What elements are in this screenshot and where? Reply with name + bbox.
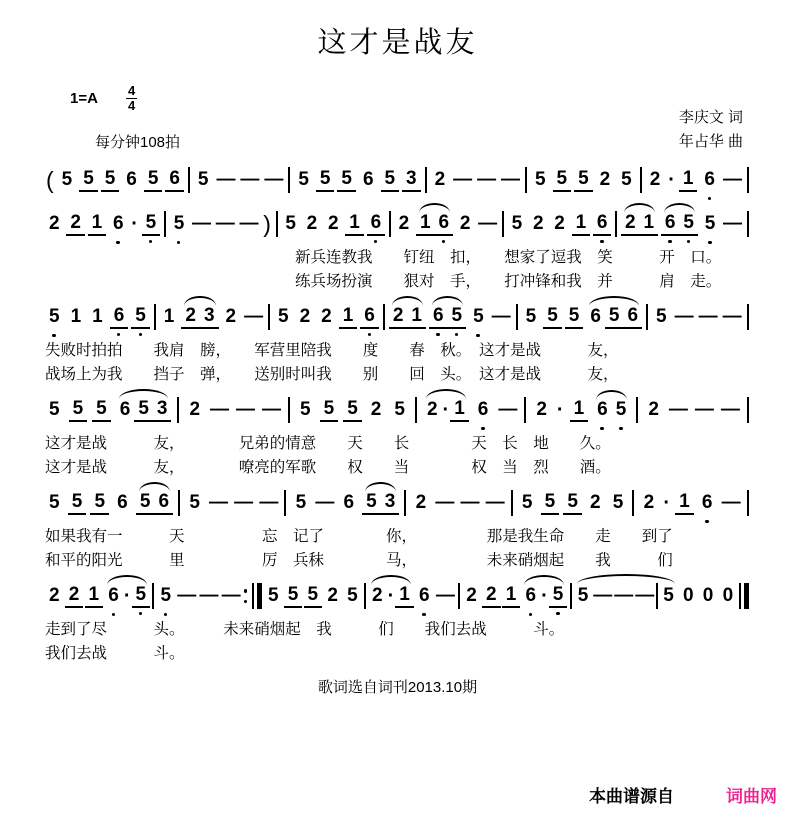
dash: —: [234, 492, 253, 514]
note: 3: [382, 491, 399, 513]
low-octave-dot: [705, 520, 709, 524]
dash: —: [695, 399, 714, 421]
barline: [636, 397, 638, 423]
beam-group: 6: [110, 305, 129, 329]
barline: [268, 304, 270, 330]
note: 1: [396, 584, 413, 606]
barline: [389, 211, 391, 237]
dash: —: [210, 399, 229, 421]
note: 5: [542, 491, 559, 513]
dash: —: [264, 169, 283, 191]
note: 1: [571, 398, 588, 420]
source-site-link[interactable]: 词曲网: [726, 782, 777, 807]
barline: [747, 167, 749, 193]
dash: —: [460, 492, 479, 514]
slur-group: 656: [586, 305, 642, 329]
beam-group: 56: [136, 491, 173, 515]
lyrics-line: 失败时拍拍 我肩 膀， 军营里陪我 度 春 秋。 这才是战 友，: [45, 340, 750, 361]
note: 2: [325, 213, 342, 235]
dash: —: [478, 213, 497, 235]
dash: —: [477, 169, 496, 191]
time-signature: 4 4: [126, 84, 137, 114]
music-line: 5556532———555252·16—2·1652———: [45, 388, 750, 432]
beam-group: 5: [284, 584, 303, 608]
beam-group: 5: [79, 168, 98, 192]
low-octave-dot: [708, 197, 712, 201]
beam-group: 5: [381, 168, 400, 192]
note: 5: [295, 169, 312, 191]
beam-group: 5: [101, 168, 120, 192]
note: 2: [641, 492, 658, 514]
dash: —: [492, 306, 511, 328]
note: 5: [519, 492, 536, 514]
note: 5: [575, 585, 592, 607]
note: 1: [680, 168, 697, 190]
note: 6: [368, 212, 385, 234]
beam-group: 5: [68, 491, 87, 515]
note: 2: [597, 169, 614, 191]
dash: —: [498, 399, 517, 421]
dash: —: [669, 399, 688, 421]
time-signature-numerator: 4: [126, 84, 137, 99]
low-octave-dot: [529, 613, 533, 617]
composer: 年占华 曲: [679, 130, 743, 154]
note: 2: [46, 585, 63, 607]
lyrics-line: 这才是战 友， 嘹亮的军歌 权 当 权 当 烈 酒。: [45, 457, 750, 478]
note: 5: [293, 492, 310, 514]
note: 2: [186, 399, 203, 421]
note: 5: [102, 168, 119, 190]
barline: [516, 304, 518, 330]
dash: —: [723, 169, 742, 191]
note: 5: [297, 399, 314, 421]
note: 1: [503, 584, 520, 606]
note: 6: [416, 585, 433, 607]
low-octave-dot: [436, 333, 440, 337]
note: 5: [158, 585, 175, 607]
note: 5: [606, 305, 623, 327]
note: 6: [123, 169, 140, 191]
beam-group: 6: [367, 212, 386, 236]
note: 5: [338, 168, 355, 190]
beam-group: 5: [563, 491, 582, 515]
beam-group: 5: [69, 398, 88, 422]
barline: [640, 167, 642, 193]
parenthesis: (: [46, 169, 54, 191]
dash: —: [244, 306, 263, 328]
dash: —: [259, 492, 278, 514]
lyrics-block: 如果我有一 天 忘 记了 你， 那是我生命 走 到了和平的阳光 里 厉 兵秣 马…: [45, 526, 750, 571]
dash: —: [192, 213, 211, 235]
note: 5: [680, 212, 697, 234]
barline: [615, 211, 617, 237]
beam-group: 1: [570, 398, 589, 422]
note: 5: [550, 584, 567, 606]
beam-group: 2: [482, 584, 501, 608]
beam-group: 6: [165, 168, 184, 192]
note: 2: [483, 584, 500, 606]
beam-group: 5: [142, 212, 161, 236]
note: 5: [46, 492, 63, 514]
note: 0: [700, 585, 717, 607]
note: 5: [46, 306, 63, 328]
dash: —: [262, 399, 281, 421]
low-octave-dot: [442, 240, 446, 244]
dash: —: [675, 306, 694, 328]
barline: [415, 397, 417, 423]
dash: —: [501, 169, 520, 191]
augmentation-dot: ·: [131, 213, 138, 235]
dash: —: [721, 399, 740, 421]
beam-group: 1: [675, 491, 694, 515]
note: 6: [166, 168, 183, 190]
barline: [656, 583, 658, 609]
low-octave-dot: [619, 427, 623, 431]
note: 5: [137, 491, 154, 513]
barline: [570, 583, 572, 609]
dash: —: [216, 213, 235, 235]
barline: [511, 490, 513, 516]
thick-bar: [744, 583, 749, 609]
low-octave-dot: [112, 613, 116, 617]
barline: [632, 490, 634, 516]
note: 5: [544, 305, 561, 327]
barline: [152, 583, 154, 609]
slur-group: 6·5: [521, 584, 567, 608]
barline: [364, 583, 366, 609]
dash: —: [199, 585, 218, 607]
barline: [288, 397, 290, 423]
lyrics-block: 走到了尽 头。 未来硝烟起 我 们 我们去战 斗。我们去战 斗。: [45, 619, 750, 664]
slur-group: 56: [136, 491, 173, 515]
low-octave-dot: [149, 240, 153, 244]
slur-group: 6·5: [104, 584, 150, 608]
note: 5: [265, 585, 282, 607]
note: 2: [304, 213, 321, 235]
beam-group: 5: [316, 168, 335, 192]
dash: —: [177, 585, 196, 607]
note: 2: [396, 213, 413, 235]
note: 1: [161, 306, 178, 328]
lyricist: 李庆文 词: [679, 106, 743, 130]
beam-group: 5: [553, 168, 572, 192]
note: 6: [117, 399, 134, 421]
note: 5: [93, 398, 110, 420]
music-line: 511651232—5221621655—5556565———: [45, 295, 750, 339]
note: 5: [69, 491, 86, 513]
note: 5: [470, 306, 487, 328]
note: 2: [647, 169, 664, 191]
barline: [404, 490, 406, 516]
dash: —: [222, 585, 241, 607]
note: 5: [275, 306, 292, 328]
note: 1: [408, 305, 425, 327]
note: 3: [154, 398, 171, 420]
note: 6: [624, 305, 641, 327]
barline: [425, 167, 427, 193]
dash: —: [209, 492, 228, 514]
beam-group: 5: [549, 584, 568, 608]
music-line: 2216·55———)522162162—5221621655—: [45, 202, 750, 246]
barline: [524, 397, 526, 423]
low-octave-dot: [668, 240, 672, 244]
note: 1: [573, 212, 590, 234]
note: 1: [641, 212, 658, 234]
lyrics-source-note: 歌词选自词刊2013.10期: [45, 676, 750, 697]
note: 2: [622, 212, 639, 234]
note: 2: [324, 585, 341, 607]
note: 2: [533, 399, 550, 421]
beam-group: 5: [343, 398, 362, 422]
note: 5: [564, 491, 581, 513]
slur-group: 23: [181, 305, 218, 329]
note: 5: [575, 168, 592, 190]
note: 2: [368, 399, 385, 421]
beam-group: 2: [65, 584, 84, 608]
barline: [747, 490, 749, 516]
slur-group: 65: [661, 212, 698, 236]
beam-group: 6: [360, 305, 379, 329]
note: 2: [369, 585, 386, 607]
score: (5556565———5556532———555252·16—2216·55——…: [45, 158, 750, 697]
note: 2: [645, 399, 662, 421]
beam-group: 1: [345, 212, 364, 236]
note: 1: [89, 306, 106, 328]
lyrics-block: 失败时拍拍 我肩 膀， 军营里陪我 度 春 秋。 这才是战 友，战场上为我 挡子…: [45, 340, 750, 385]
low-octave-dot: [368, 333, 372, 337]
dash: —: [614, 585, 633, 607]
note: 6: [105, 585, 122, 607]
note: 5: [59, 169, 76, 191]
note: 0: [680, 585, 697, 607]
barline: [178, 490, 180, 516]
beam-group: 5: [337, 168, 356, 192]
beam-group: 5: [92, 398, 111, 422]
note: 5: [171, 213, 188, 235]
note: 5: [145, 168, 162, 190]
note: 5: [195, 169, 212, 191]
note: 5: [509, 213, 526, 235]
low-octave-dot: [422, 613, 426, 617]
lyrics-line: 我们去战 斗。: [45, 643, 750, 664]
dash: —: [435, 492, 454, 514]
augmentation-dot: ·: [443, 399, 450, 421]
note: 2: [223, 306, 240, 328]
slur-group: 21: [621, 212, 658, 236]
slur-group: 5———5: [574, 583, 678, 609]
note: 1: [89, 212, 106, 234]
beam-group: 1: [395, 584, 414, 608]
note: 6: [475, 399, 492, 421]
dash: —: [240, 169, 259, 191]
note: 5: [282, 213, 299, 235]
lyrics-line: 走到了尽 头。 未来硝烟起 我 们 我们去战 斗。: [45, 619, 750, 640]
augmentation-dot: ·: [124, 585, 131, 607]
note: 5: [80, 168, 97, 190]
music-line: (5556565———5556532———555252·16—: [45, 158, 750, 202]
slur-group: 65: [593, 399, 630, 421]
beam-group: 5: [144, 168, 163, 192]
beam-group: 53: [134, 398, 171, 422]
note: 6: [662, 212, 679, 234]
beam-group: 5: [304, 584, 323, 608]
slur-group: 53: [362, 491, 399, 515]
note: 6: [155, 491, 172, 513]
barline: [164, 211, 166, 237]
beam-group: 2: [66, 212, 85, 236]
barline: [747, 211, 749, 237]
barline: [188, 167, 190, 193]
low-octave-dot: [481, 427, 485, 431]
low-octave-dot: [164, 613, 168, 617]
beam-group: 1: [502, 584, 521, 608]
augmentation-dot: ·: [668, 169, 675, 191]
barline: [458, 583, 460, 609]
slur-group: 2·1: [423, 398, 469, 422]
dash: —: [486, 492, 505, 514]
note: 5: [363, 491, 380, 513]
augmentation-dot: ·: [388, 585, 395, 607]
augmentation-dot: ·: [557, 399, 564, 421]
note: 6: [360, 169, 377, 191]
note: 6: [111, 305, 128, 327]
augmentation-dot: ·: [663, 492, 670, 514]
dash: —: [635, 585, 654, 607]
key-time-signature: 1=A 4 4: [70, 84, 137, 114]
low-octave-dot: [177, 241, 181, 245]
barline: [276, 211, 278, 237]
note: 1: [340, 305, 357, 327]
lyrics-line: 和平的阳光 里 厉 兵秣 马， 未来硝烟起 我 们: [45, 550, 750, 571]
repeat-dot: [244, 589, 248, 593]
note: 5: [660, 585, 677, 607]
song-title: 这才是战友: [0, 20, 795, 61]
beam-group: 1: [88, 212, 107, 236]
note: 5: [382, 168, 399, 190]
slur-group: 653: [116, 398, 172, 422]
barline: [383, 304, 385, 330]
note: 5: [135, 398, 152, 420]
note: 2: [297, 306, 314, 328]
beam-group: 5: [541, 491, 560, 515]
note: 6: [436, 212, 453, 234]
note: 2: [457, 213, 474, 235]
note: 5: [653, 306, 670, 328]
barline: [154, 304, 156, 330]
low-octave-dot: [116, 241, 120, 245]
dash: —: [436, 585, 455, 607]
barline: [177, 397, 179, 423]
note: 2: [318, 306, 335, 328]
lyrics-line: 战场上为我 挡子 弹， 送别时叫我 别 回 头。 这才是战 友，: [45, 364, 750, 385]
note: 6: [361, 305, 378, 327]
key-signature: 1=A: [70, 90, 98, 107]
sheet-music-page: 这才是战友 1=A 4 4 李庆文 词 年占华 曲 每分钟108拍 (55565…: [0, 0, 795, 817]
note: 6: [701, 169, 718, 191]
note: 5: [554, 168, 571, 190]
note: 1: [346, 212, 363, 234]
note: 6: [594, 399, 611, 421]
note: 2: [413, 492, 430, 514]
note: 5: [613, 399, 630, 421]
lyrics-line: 练兵场扮演 狠对 手， 打冲锋和我 并 肩 走。: [295, 271, 750, 292]
note: 2: [66, 584, 83, 606]
dash: —: [593, 585, 612, 607]
barline: [646, 304, 648, 330]
dash: —: [216, 169, 235, 191]
note: 5: [566, 305, 583, 327]
note: 6: [114, 492, 131, 514]
dash: —: [453, 169, 472, 191]
barline: [525, 167, 527, 193]
music-line: 5556565———5—6532———555252·16—: [45, 481, 750, 525]
slur-group: 21: [389, 305, 426, 329]
note: 5: [344, 398, 361, 420]
note: 5: [46, 399, 63, 421]
slur-group: 65: [429, 305, 466, 329]
note: 5: [391, 399, 408, 421]
barline: [502, 211, 504, 237]
note: 2: [530, 213, 547, 235]
note: 1: [86, 584, 103, 606]
note: 3: [201, 305, 218, 327]
note: 5: [186, 492, 203, 514]
dash: —: [239, 213, 258, 235]
note: 2: [587, 492, 604, 514]
note: 2: [551, 213, 568, 235]
repeat-dots: [244, 589, 248, 603]
lyrics-line: 这才是战 友， 兄弟的情意 天 长 天 长 地 久。: [45, 433, 750, 454]
note: 5: [70, 398, 87, 420]
source-prefix: 本曲谱源自: [589, 782, 674, 807]
note: 6: [430, 305, 447, 327]
note: 5: [449, 305, 466, 327]
note: 5: [317, 168, 334, 190]
beam-group: 53: [362, 491, 399, 515]
low-octave-dot: [455, 333, 459, 337]
note: 6: [594, 212, 611, 234]
beam-group: 5: [574, 168, 593, 192]
beam-group: 5: [543, 305, 562, 329]
beam-group: 23: [181, 305, 218, 329]
beam-group: 5: [131, 305, 150, 329]
note: 6: [522, 585, 539, 607]
note: 5: [702, 213, 719, 235]
lyrics-block: 这才是战 友， 兄弟的情意 天 长 天 长 地 久。这才是战 友， 嘹亮的军歌 …: [45, 433, 750, 478]
note: 0: [720, 585, 737, 607]
note: 5: [610, 492, 627, 514]
note: 1: [417, 212, 434, 234]
lyrics-line: 如果我有一 天 忘 记了 你， 那是我生命 走 到了: [45, 526, 750, 547]
note: 2: [432, 169, 449, 191]
low-octave-dot: [600, 240, 604, 244]
thin-bar: [739, 583, 741, 609]
parenthesis: ): [263, 213, 271, 235]
beam-group: 65: [661, 212, 698, 236]
dash: —: [699, 306, 718, 328]
beam-group: 5: [90, 491, 109, 515]
note: 6: [110, 213, 127, 235]
note: 5: [321, 398, 338, 420]
note: 6: [699, 492, 716, 514]
note: 2: [463, 585, 480, 607]
low-octave-dot: [117, 333, 121, 337]
barline: [747, 397, 749, 423]
beam-group: 1: [450, 398, 469, 422]
note: 2: [424, 399, 441, 421]
lyrics-block: 新兵连教我 钉纽 扣， 想家了逗我 笑 开 口。练兵场扮演 狠对 手， 打冲锋和…: [45, 247, 750, 292]
beam-group: 21: [389, 305, 426, 329]
